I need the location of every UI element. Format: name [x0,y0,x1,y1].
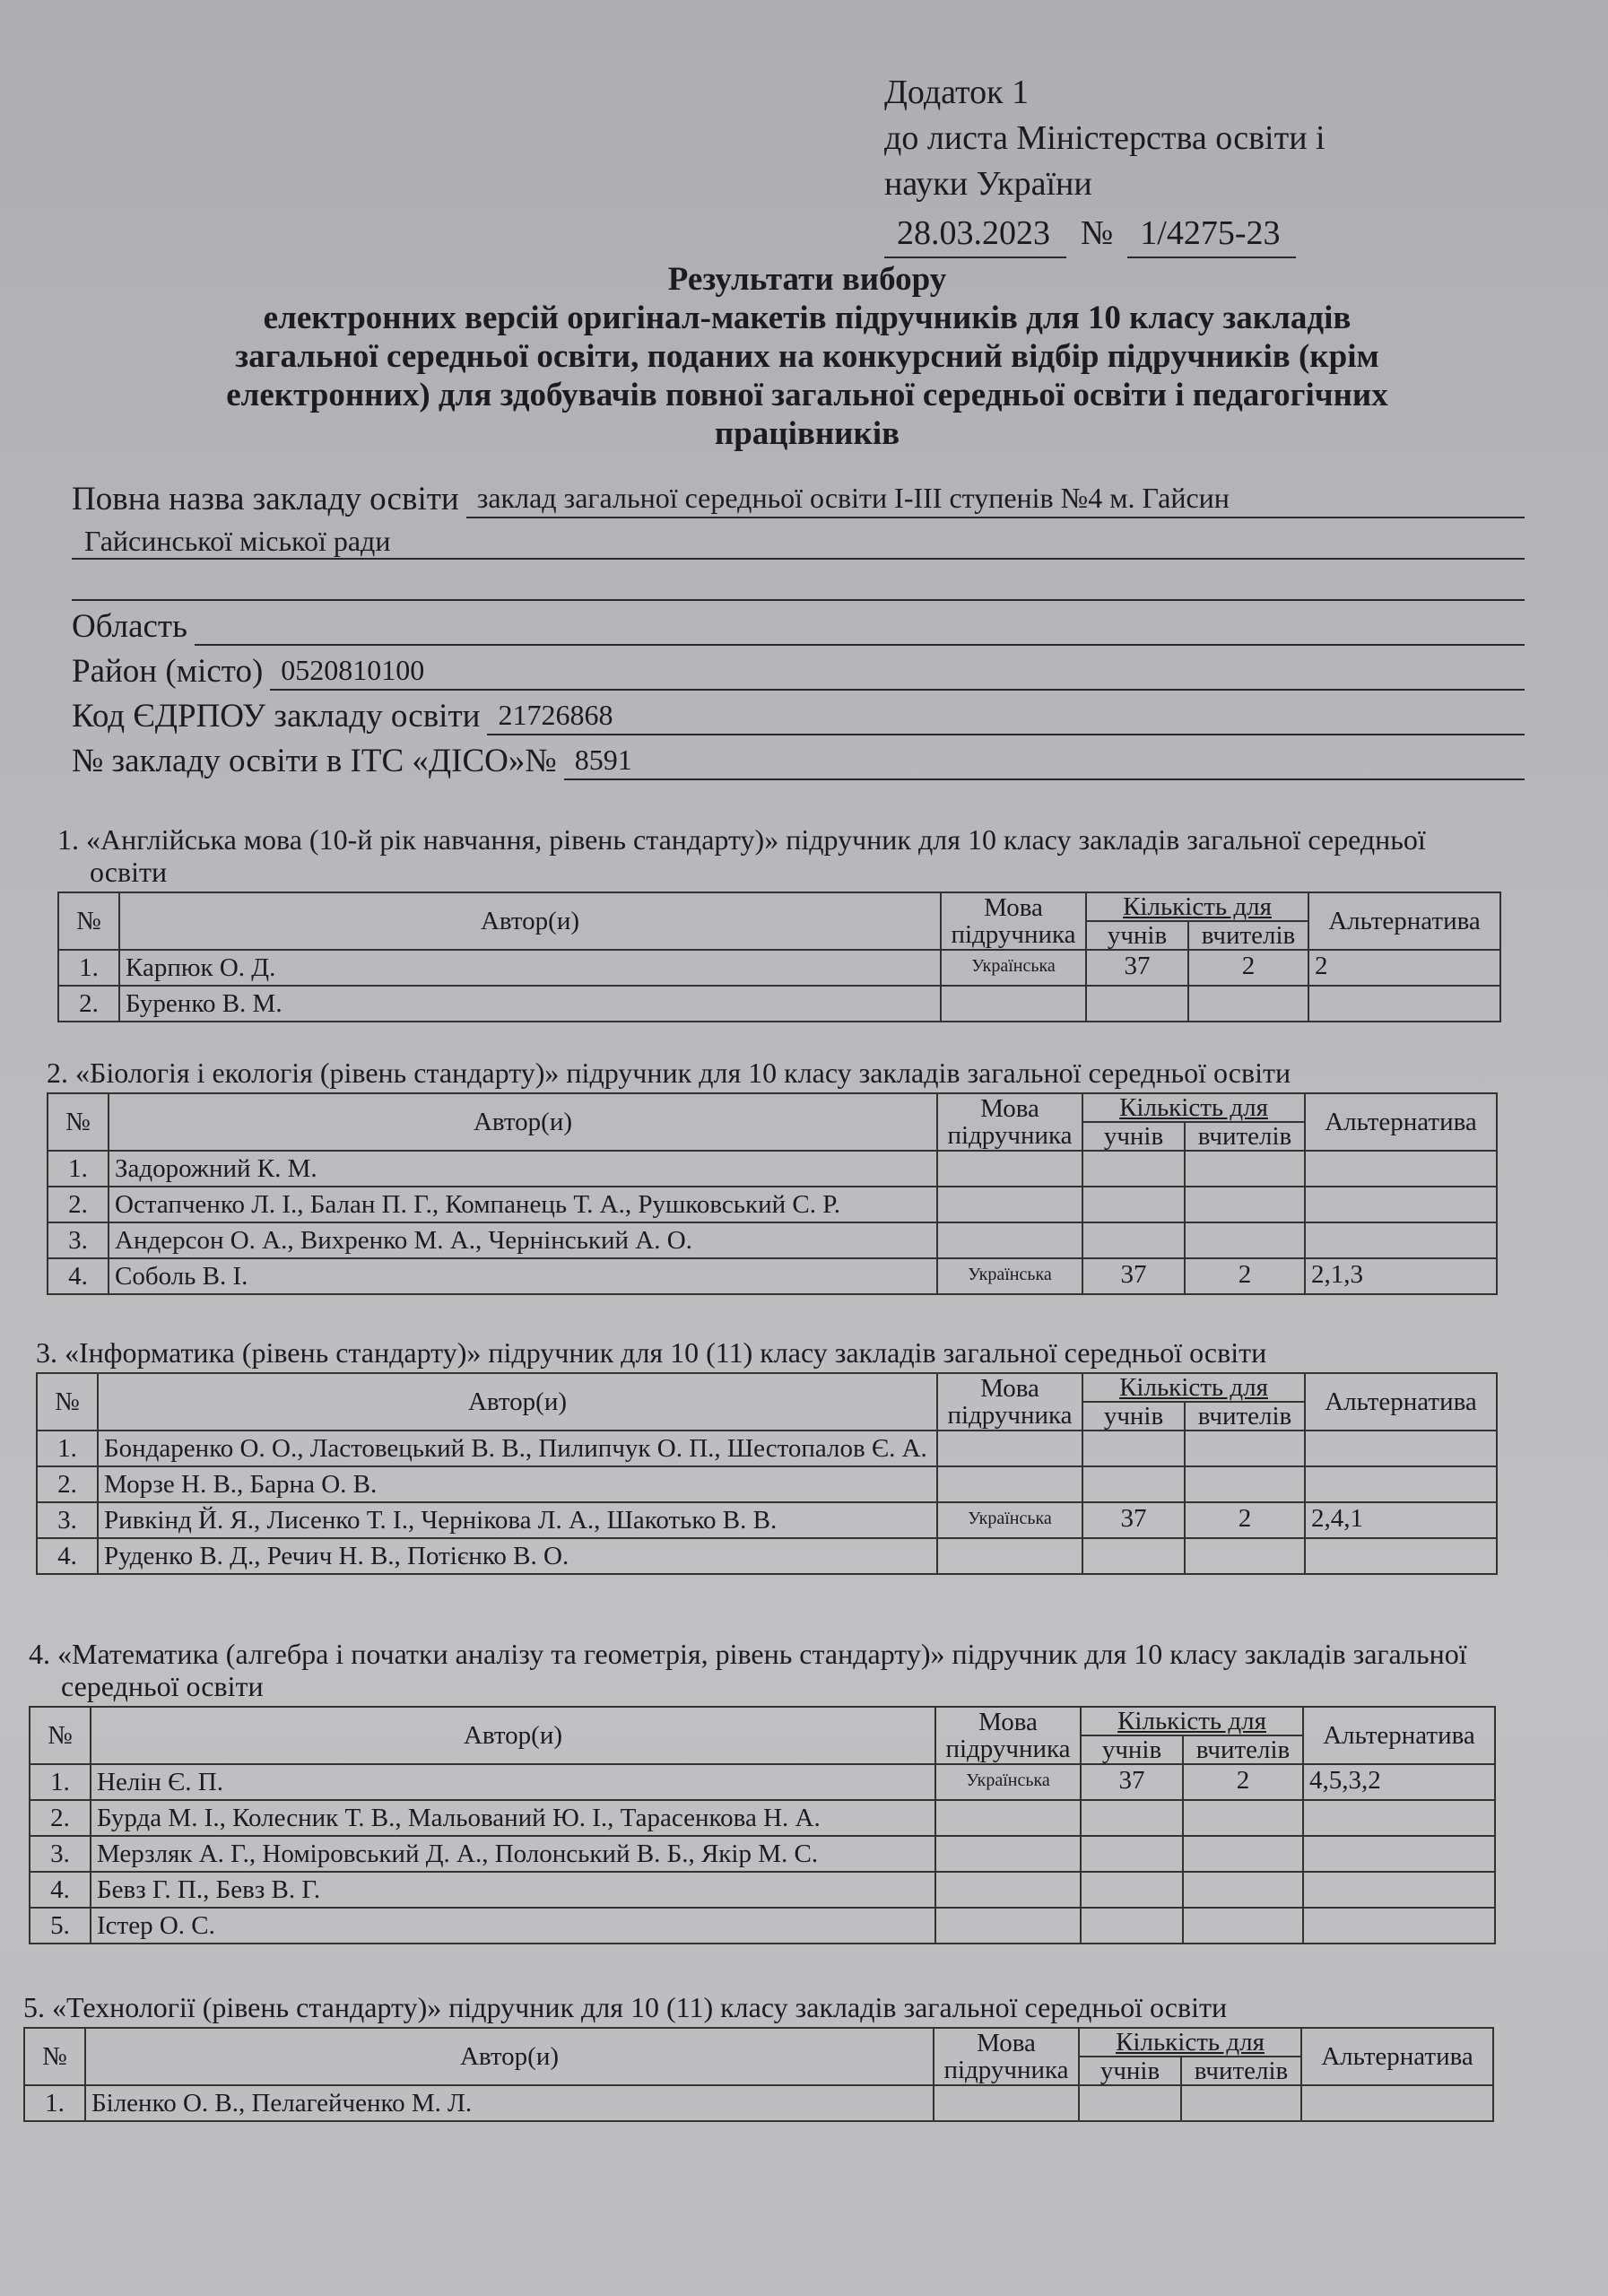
district-field[interactable]: 0520810100 [270,653,1525,691]
col-authors: Автор(и) [98,1373,937,1431]
row-number: 1. [30,1764,91,1800]
language-cell[interactable] [937,1466,1082,1502]
alternative-cell[interactable] [1305,1222,1497,1258]
section-heading: 5. «Технології (рівень стандарту)» підру… [23,1991,1494,2023]
textbook-table: № Автор(и) Мова підручника Кількість для… [29,1706,1496,1944]
alternative-cell[interactable] [1305,1151,1497,1187]
row-number: 2. [30,1800,91,1836]
row-number: 3. [48,1222,109,1258]
teachers-count-cell[interactable] [1183,1908,1303,1944]
alternative-cell[interactable] [1305,1431,1497,1466]
teachers-count-cell[interactable]: 2 [1185,1502,1305,1538]
annex-title: Додаток 1 [884,70,1440,116]
students-count-cell[interactable] [1081,1908,1183,1944]
title-line: електронних версій оригінал-макетів підр… [108,299,1507,337]
authors-cell: Бурда М. І., Колесник Т. В., Мальований … [91,1800,935,1836]
students-count-cell[interactable] [1081,1872,1183,1908]
col-teachers: вчителів [1181,2057,1301,2085]
row-number: 1. [48,1151,109,1187]
students-count-cell[interactable] [1082,1466,1185,1502]
col-quantity: Кількість для [1082,1093,1305,1122]
row-number: 2. [37,1466,98,1502]
section-heading: 4. «Математика (алгебра і початки аналіз… [29,1638,1496,1702]
authors-cell: Карпюк О. Д. [119,950,941,986]
language-cell[interactable] [935,1872,1081,1908]
authors-cell: Мерзляк А. Г., Номіровський Д. А., Полон… [91,1836,935,1872]
title-line: електронних) для здобувачів повної загал… [108,376,1507,414]
col-authors: Автор(и) [119,892,941,950]
section-heading: 3. «Інформатика (рівень стандарту)» підр… [36,1336,1498,1369]
students-count-cell[interactable] [1081,1800,1183,1836]
students-count-cell[interactable] [1086,986,1188,1022]
col-teachers: вчителів [1185,1402,1305,1431]
col-num: № [48,1093,109,1151]
col-num: № [37,1373,98,1431]
authors-cell: Буренко В. М. [119,986,941,1022]
col-quantity: Кількість для [1079,2028,1301,2057]
teachers-count-cell[interactable] [1183,1836,1303,1872]
title-line: загальної середньої освіти, поданих на к… [108,337,1507,376]
edrpou-row: Код ЄДРПОУ закладу освіти 21726868 [72,691,1525,735]
col-alternative: Альтернатива [1301,2028,1493,2085]
teachers-count-cell[interactable]: 2 [1185,1258,1305,1294]
textbook-table: № Автор(и) Мова підручника Кількість для… [36,1372,1498,1575]
col-quantity: Кількість для [1081,1707,1303,1735]
table-row: 2.Морзе Н. В., Барна О. В. [37,1466,1497,1502]
alternative-cell[interactable] [1303,1908,1495,1944]
students-count-cell[interactable] [1082,1222,1185,1258]
col-students: учнів [1086,921,1188,950]
students-count-cell[interactable] [1081,1836,1183,1872]
row-number: 4. [30,1872,91,1908]
language-cell[interactable] [937,1538,1082,1574]
table-row: 1.Задорожний К. М. [48,1151,1497,1187]
teachers-count-cell[interactable] [1185,1431,1305,1466]
teachers-count-cell[interactable] [1183,1872,1303,1908]
authors-cell: Задорожний К. М. [109,1151,937,1187]
teachers-count-cell[interactable] [1181,2085,1301,2121]
authors-cell: Ривкінд Й. Я., Лисенко Т. І., Чернікова … [98,1502,937,1538]
edrpou-label: Код ЄДРПОУ закладу освіти [72,697,487,735]
authors-cell: Остапченко Л. І., Балан П. Г., Компанець… [109,1187,937,1222]
row-number: 4. [37,1538,98,1574]
authors-cell: Руденко В. Д., Речич Н. В., Потієнко В. … [98,1538,937,1574]
authors-cell: Нелін Є. П. [91,1764,935,1800]
language-cell[interactable] [937,1151,1082,1187]
authors-cell: Андерсон О. А., Вихренко М. А., Чернінсь… [109,1222,937,1258]
document-page: Додаток 1 до листа Міністерства освіти і… [0,0,1608,2296]
subject-section-2: 2. «Біологія і екологія (рівень стандарт… [47,1057,1498,1295]
col-students: учнів [1082,1402,1185,1431]
col-language: Мова підручника [934,2028,1079,2085]
full-name-row: Повна назва закладу освіти заклад загаль… [72,474,1525,518]
table-row: 3.Андерсон О. А., Вихренко М. А., Чернін… [48,1222,1497,1258]
students-count-cell[interactable]: 37 [1082,1502,1185,1538]
table-row: 2.Остапченко Л. І., Балан П. Г., Компане… [48,1187,1497,1222]
alternative-cell[interactable]: 2 [1308,950,1500,986]
authors-cell: Морзе Н. В., Барна О. В. [98,1466,937,1502]
row-number: 2. [48,1187,109,1222]
full-name-row-3[interactable] [72,560,1525,601]
language-cell[interactable]: Українська [937,1502,1082,1538]
language-cell[interactable] [937,1431,1082,1466]
row-number: 1. [37,1431,98,1466]
district-row: Район (місто) 0520810100 [72,646,1525,691]
teachers-count-cell[interactable] [1185,1187,1305,1222]
table-row: 5.Істер О. С. [30,1908,1495,1944]
col-authors: Автор(и) [109,1093,937,1151]
teachers-count-cell[interactable] [1185,1538,1305,1574]
diso-row: № закладу освіти в ІТС «ДІСО»№ 8591 [72,735,1525,780]
table-row: 2.Бурда М. І., Колесник Т. В., Мальовани… [30,1800,1495,1836]
col-teachers: вчителів [1188,921,1308,950]
alternative-cell[interactable] [1305,1187,1497,1222]
students-count-cell[interactable] [1082,1431,1185,1466]
col-num: № [30,1707,91,1764]
col-teachers: вчителів [1183,1735,1303,1764]
col-language: Мова підручника [937,1373,1082,1431]
annex-block: Додаток 1 до листа Міністерства освіти і… [884,70,1440,258]
teachers-count-cell[interactable] [1185,1466,1305,1502]
table-row: 4.Соболь В. І.Українська3722,1,3 [48,1258,1497,1294]
students-count-cell[interactable] [1082,1538,1185,1574]
col-language: Мова підручника [937,1093,1082,1151]
row-number: 3. [37,1502,98,1538]
students-count-cell[interactable]: 37 [1081,1764,1183,1800]
col-language: Мова підручника [935,1707,1081,1764]
teachers-count-cell[interactable] [1185,1151,1305,1187]
col-authors: Автор(и) [85,2028,934,2085]
title-line: Результати вибору [108,260,1507,299]
subject-section-3: 3. «Інформатика (рівень стандарту)» підр… [36,1336,1498,1575]
alternative-cell[interactable]: 2,1,3 [1305,1258,1497,1294]
table-row: 1.Нелін Є. П.Українська3724,5,3,2 [30,1764,1495,1800]
annex-number: 1/4275-23 [1127,211,1296,258]
diso-field[interactable]: 8591 [564,743,1525,780]
alternative-cell[interactable]: 2,4,1 [1305,1502,1497,1538]
table-row: 1.Карпюк О. Д.Українська3722 [58,950,1500,986]
alternative-cell[interactable]: 4,5,3,2 [1303,1764,1495,1800]
alternative-cell[interactable] [1305,1538,1497,1574]
col-alternative: Альтернатива [1305,1093,1497,1151]
teachers-count-cell[interactable] [1183,1800,1303,1836]
row-number: 3. [30,1836,91,1872]
col-num: № [24,2028,85,2085]
number-sign: № [1081,211,1113,257]
row-number: 5. [30,1908,91,1944]
diso-label: № закладу освіти в ІТС «ДІСО»№ [72,742,564,780]
section-heading: 1. «Англійська мова (10-й рік навчання, … [57,823,1501,888]
table-row: 2.Буренко В. М. [58,986,1500,1022]
language-cell[interactable] [941,986,1086,1022]
authors-cell: Істер О. С. [91,1908,935,1944]
region-row: Область [72,601,1525,646]
students-count-cell[interactable] [1082,1187,1185,1222]
table-row: 4.Руденко В. Д., Речич Н. В., Потієнко В… [37,1538,1497,1574]
section-heading: 2. «Біологія і екологія (рівень стандарт… [47,1057,1498,1089]
annex-line: науки України [884,161,1440,207]
col-students: учнів [1081,1735,1183,1764]
col-quantity: Кількість для [1086,892,1308,921]
col-alternative: Альтернатива [1305,1373,1497,1431]
table-row: 1.Біленко О. В., Пелагейченко М. Л. [24,2085,1493,2121]
authors-cell: Біленко О. В., Пелагейченко М. Л. [85,2085,934,2121]
edrpou-field[interactable]: 21726868 [487,698,1525,735]
region-label: Область [72,607,195,646]
students-count-cell[interactable]: 37 [1082,1258,1185,1294]
annex-date: 28.03.2023 [884,211,1066,258]
teachers-count-cell[interactable]: 2 [1188,950,1308,986]
col-quantity: Кількість для [1082,1373,1305,1402]
authors-cell: Бевз Г. П., Бевз В. Г. [91,1872,935,1908]
table-row: 4.Бевз Г. П., Бевз В. Г. [30,1872,1495,1908]
alternative-cell[interactable] [1301,2085,1493,2121]
document-title: Результати вибору електронних версій ори… [108,260,1507,453]
alternative-cell[interactable] [1305,1466,1497,1502]
col-students: учнів [1082,1122,1185,1151]
language-cell[interactable] [934,2085,1079,2121]
full-name-row-2[interactable]: Гайсинської міської ради [72,518,1525,560]
col-students: учнів [1079,2057,1181,2085]
title-line: працівників [108,414,1507,453]
region-field[interactable] [195,608,1525,646]
row-number: 4. [48,1258,109,1294]
subject-section-4: 4. «Математика (алгебра і початки аналіз… [29,1638,1496,1944]
col-authors: Автор(и) [91,1707,935,1764]
students-count-cell[interactable] [1082,1151,1185,1187]
students-count-cell[interactable]: 37 [1086,950,1188,986]
language-cell[interactable]: Українська [937,1258,1082,1294]
row-number: 1. [24,2085,85,2121]
alternative-cell[interactable] [1303,1800,1495,1836]
language-cell[interactable] [937,1187,1082,1222]
teachers-count-cell[interactable] [1185,1222,1305,1258]
subject-section-1: 1. «Англійська мова (10-й рік навчання, … [57,823,1501,1022]
table-row: 1.Бондаренко О. О., Ластовецький В. В., … [37,1431,1497,1466]
authors-cell: Соболь В. І. [109,1258,937,1294]
textbook-table: № Автор(и) Мова підручника Кількість для… [23,2027,1494,2122]
authors-cell: Бондаренко О. О., Ластовецький В. В., Пи… [98,1431,937,1466]
institution-fields: Повна назва закладу освіти заклад загаль… [72,474,1525,780]
subject-section-5: 5. «Технології (рівень стандарту)» підру… [23,1991,1494,2122]
language-cell[interactable] [935,1800,1081,1836]
col-alternative: Альтернатива [1308,892,1500,950]
language-cell[interactable]: Українська [935,1764,1081,1800]
textbook-table: № Автор(и) Мова підручника Кількість для… [57,891,1501,1022]
students-count-cell[interactable] [1079,2085,1181,2121]
district-label: Район (місто) [72,652,270,691]
language-cell[interactable]: Українська [941,950,1086,986]
col-teachers: вчителів [1185,1122,1305,1151]
table-row: 3.Ривкінд Й. Я., Лисенко Т. І., Черніков… [37,1502,1497,1538]
col-alternative: Альтернатива [1303,1707,1495,1764]
full-name-label: Повна назва закладу освіти [72,480,466,518]
language-cell[interactable] [937,1222,1082,1258]
teachers-count-cell[interactable]: 2 [1183,1764,1303,1800]
table-row: 3.Мерзляк А. Г., Номіровський Д. А., Пол… [30,1836,1495,1872]
language-cell[interactable] [935,1836,1081,1872]
alternative-cell[interactable] [1308,986,1500,1022]
alternative-cell[interactable] [1303,1872,1495,1908]
row-number: 1. [58,950,119,986]
col-language: Мова підручника [941,892,1086,950]
teachers-count-cell[interactable] [1188,986,1308,1022]
language-cell[interactable] [935,1908,1081,1944]
annex-reference: 28.03.2023 № 1/4275-23 [884,211,1440,258]
textbook-table: № Автор(и) Мова підручника Кількість для… [47,1092,1498,1295]
full-name-field[interactable]: заклад загальної середньої освіти І-ІІІ … [466,481,1525,518]
row-number: 2. [58,986,119,1022]
annex-line: до листа Міністерства освіти і [884,116,1440,161]
full-name-field-continued: Гайсинської міської ради [72,525,390,558]
alternative-cell[interactable] [1303,1836,1495,1872]
col-num: № [58,892,119,950]
